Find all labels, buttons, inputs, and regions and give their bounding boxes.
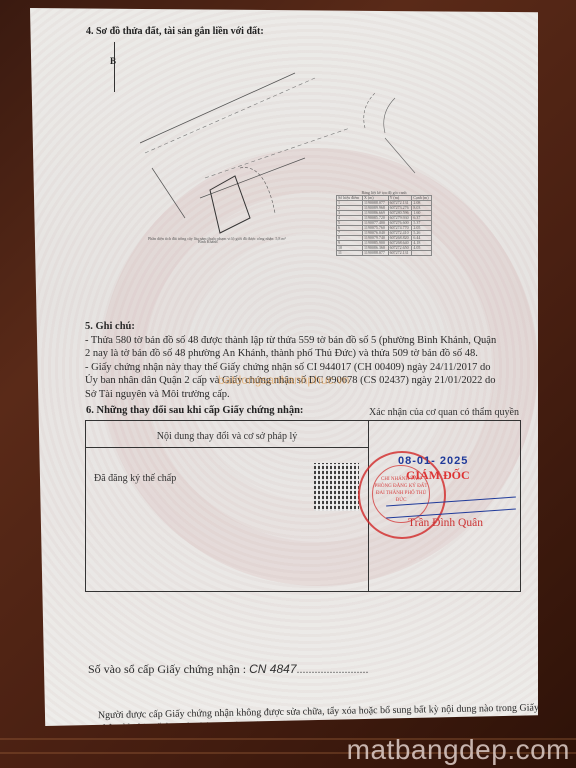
section-5-title: 5. Ghi chú: [85,320,535,334]
section-6-title: 6. Những thay đổi sau khi cấp Giấy chứng… [86,405,303,416]
area-note: Phần diện tích đất trồng cây lâu năm thu… [148,236,286,241]
certificate-page: 4. Sơ đồ thửa đất, tài sản gắn liền với … [30,8,538,726]
lot-plan-diagram: Bình Khánh [140,48,500,258]
confirmation-column-header: Xác nhận của cơ quan có thẩm quyền [369,407,519,418]
content-column-header: Nội dung thay đổi và cơ sở pháp lý [86,421,368,448]
registration-label: Số vào sổ cấp Giấy chứng nhận : [88,662,246,676]
mortgage-entry: Đã đăng ký thế chấp [94,473,176,484]
table-row: 111190088.077607272.131 [337,251,432,256]
section-5-notes: 5. Ghi chú: - Thửa 580 tờ bản đồ số 48 đ… [85,320,535,401]
north-arrow-icon [114,42,115,92]
watermark-text: batdongsanhanhphuc.vn [218,373,349,387]
changes-table: Nội dung thay đổi và cơ sở pháp lý Xác n… [85,420,521,592]
section-4-title: 4. Sơ đồ thửa đất, tài sản gắn liền với … [86,26,264,37]
note-line: - Giấy chứng nhận này thay thế Giấy chứn… [85,361,535,375]
registration-number: CN 4847 [249,662,296,676]
table-cell [412,251,432,256]
table-cell: 11 [337,251,363,256]
registration-line: Số vào sổ cấp Giấy chứng nhận : CN 4847.… [88,662,369,677]
north-label: B [110,56,116,66]
confirmation-date: 08-01- 2025 [398,455,468,467]
table-header: Số hiệu điểm [337,196,363,201]
note-line: Sở Tài nguyên và Môi trường cấp. [85,388,535,402]
signer-name: Trần Đình Quân [408,517,483,529]
director-title: GIÁM ĐỐC [406,468,470,483]
note-line: 2 nay là tờ bản đồ số 48 phường An Khánh… [85,347,535,361]
table-cell: 1190088.077 [362,251,388,256]
qr-code-icon [314,463,359,511]
note-line: - Thửa 580 tờ bản đồ số 48 được thành lậ… [85,334,535,348]
site-watermark: matbangdep.com [347,734,570,766]
table-cell: 607272.131 [388,251,412,256]
coordinate-table: Bảng liệt kê tọa độ góc ranh Số hiệu điể… [336,190,432,256]
certificate-warning: Người được cấp Giấy chứng nhận không đượ… [98,701,568,735]
